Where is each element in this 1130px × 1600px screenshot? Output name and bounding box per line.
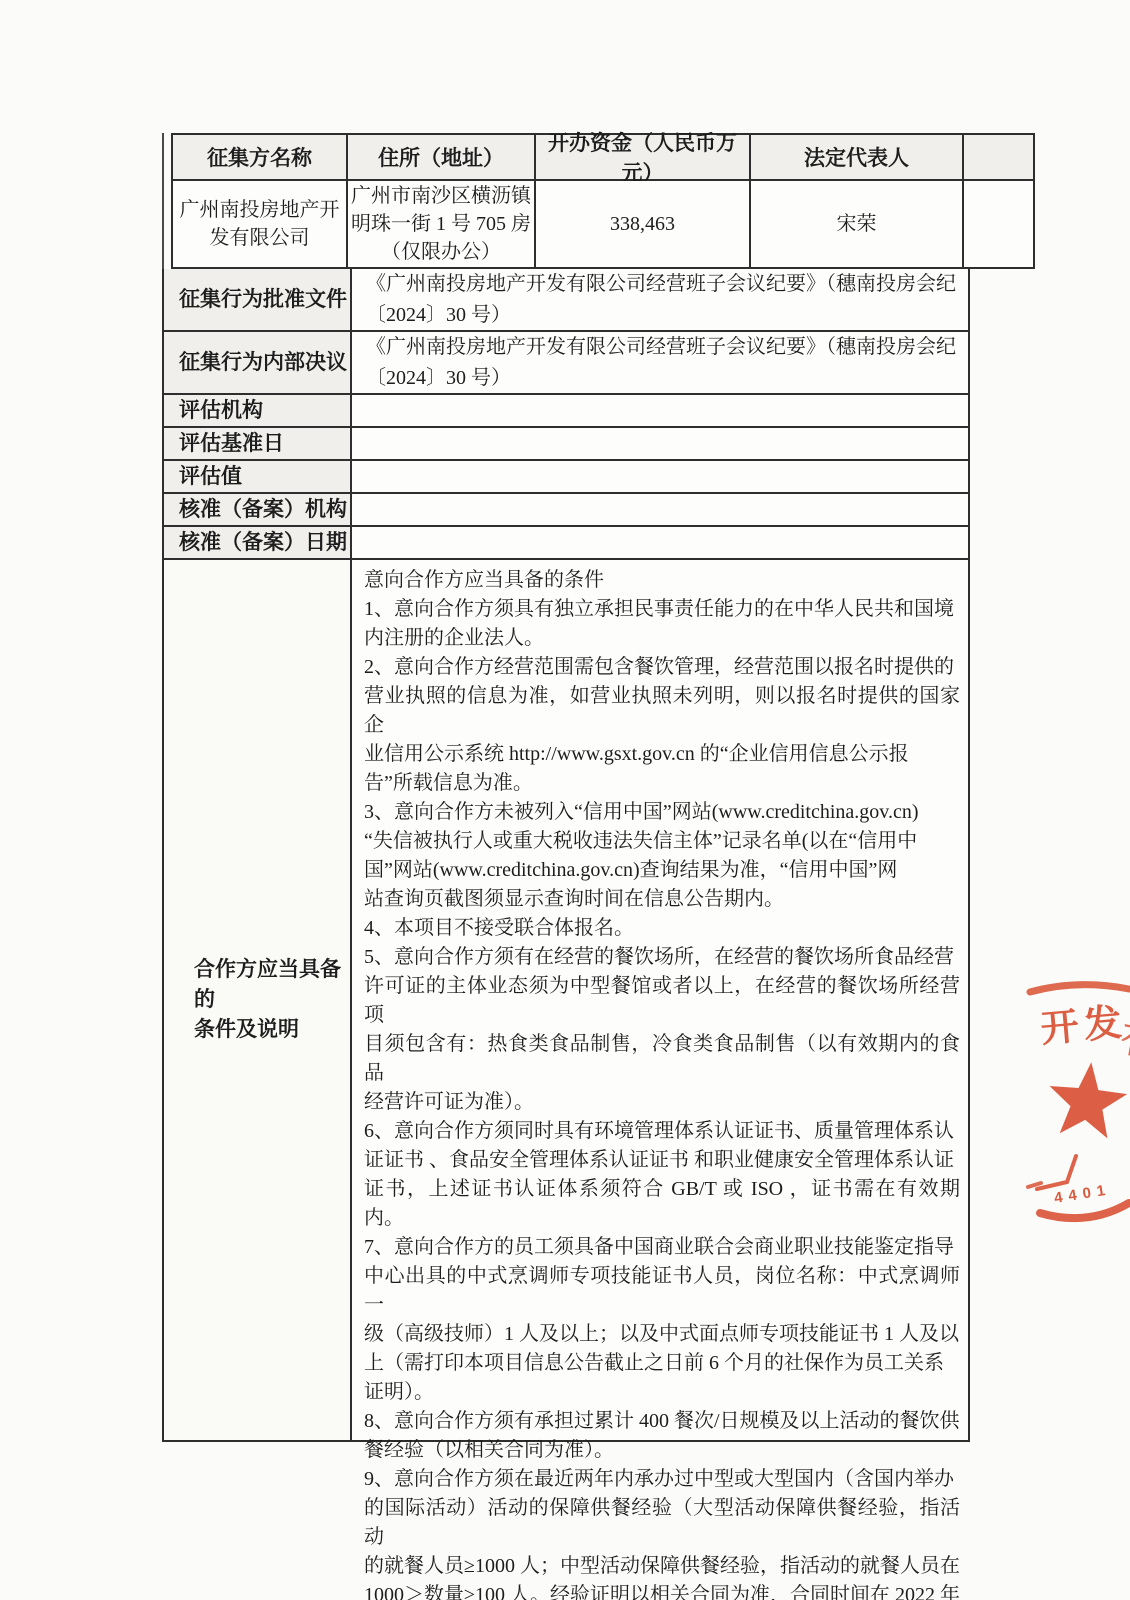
- label-internal-resolution: 征集行为内部决议: [164, 332, 352, 393]
- seal-star-icon: [1045, 1058, 1130, 1140]
- table-outer-left-border: [162, 133, 164, 269]
- conditions-text: 意向合作方应当具备的条件 1、意向合作方须具有独立承担民事责任能力的在中华人民共…: [352, 560, 968, 1440]
- label-filing-date: 核准（备案）日期: [164, 527, 352, 558]
- label-conditions: 合作方应当具备的 条件及说明: [164, 560, 352, 1440]
- table-row: 评估值: [164, 461, 968, 494]
- label-evaluation-agency: 评估机构: [164, 395, 352, 426]
- label-evaluation-value: 评估值: [164, 461, 352, 492]
- cell-address: 广州市南沙区横沥镇 明珠一街 1 号 705 房 （仅限办公）: [348, 181, 536, 267]
- value-evaluation-agency: [352, 395, 968, 426]
- label-evaluation-base-date: 评估基准日: [164, 428, 352, 459]
- value-filing-date: [352, 527, 968, 558]
- page: { "document": { "top_table": { "headers"…: [0, 0, 1130, 1600]
- header-capital: 开办资金（人民币万元）: [536, 135, 751, 181]
- label-filing-agency: 核准（备案）机构: [164, 494, 352, 525]
- header-party-name: 征集方名称: [173, 135, 348, 181]
- seal-bottom-arc: [1040, 1203, 1129, 1218]
- table-row: 评估基准日: [164, 428, 968, 461]
- header-address: 住所（地址）: [348, 135, 536, 181]
- official-seal-icon: 开发 有 4401: [1000, 950, 1130, 1240]
- table-row: 征集行为批准文件 《广州南投房地产开发有限公司经营班子会议纪要》（穗南投房会纪 …: [164, 269, 968, 332]
- value-filing-agency: [352, 494, 968, 525]
- header-legal-rep: 法定代表人: [751, 135, 964, 181]
- value-internal-resolution: 《广州南投房地产开发有限公司经营班子会议纪要》（穗南投房会纪 〔2024〕30 …: [352, 332, 968, 393]
- details-table: 征集行为批准文件 《广州南投房地产开发有限公司经营班子会议纪要》（穗南投房会纪 …: [162, 269, 970, 1442]
- label-approval-document: 征集行为批准文件: [164, 269, 352, 330]
- seal-code-digits: 4401: [1053, 1181, 1112, 1207]
- value-evaluation-value: [352, 461, 968, 492]
- seal-top-arc: [1030, 985, 1129, 992]
- seal-hook-mark: [1037, 1156, 1076, 1189]
- cell-extra: [964, 181, 1033, 267]
- seal-arc-text-partial: 有: [1117, 1018, 1130, 1066]
- table-row-conditions: 合作方应当具备的 条件及说明 意向合作方应当具备的条件 1、意向合作方须具有独立…: [164, 560, 968, 1440]
- seal-arc-text: 开发: [1039, 1002, 1128, 1051]
- table-row: 征集行为内部决议 《广州南投房地产开发有限公司经营班子会议纪要》（穗南投房会纪 …: [164, 332, 968, 395]
- cell-legal-rep: 宋荣: [751, 181, 964, 267]
- value-approval-document: 《广州南投房地产开发有限公司经营班子会议纪要》（穗南投房会纪 〔2024〕30 …: [352, 269, 968, 330]
- value-evaluation-base-date: [352, 428, 968, 459]
- seal-hook-tick: [1028, 1183, 1041, 1187]
- cell-party-name: 广州南投房地产开 发有限公司: [173, 181, 348, 267]
- table-row: 评估机构: [164, 395, 968, 428]
- party-info-table: 征集方名称 住所（地址） 开办资金（人民币万元） 法定代表人 广州南投房地产开 …: [171, 133, 1035, 269]
- table-row: 核准（备案）机构: [164, 494, 968, 527]
- table-row: 核准（备案）日期: [164, 527, 968, 560]
- cell-capital: 338,463: [536, 181, 751, 267]
- header-extra-cell: [964, 135, 1033, 181]
